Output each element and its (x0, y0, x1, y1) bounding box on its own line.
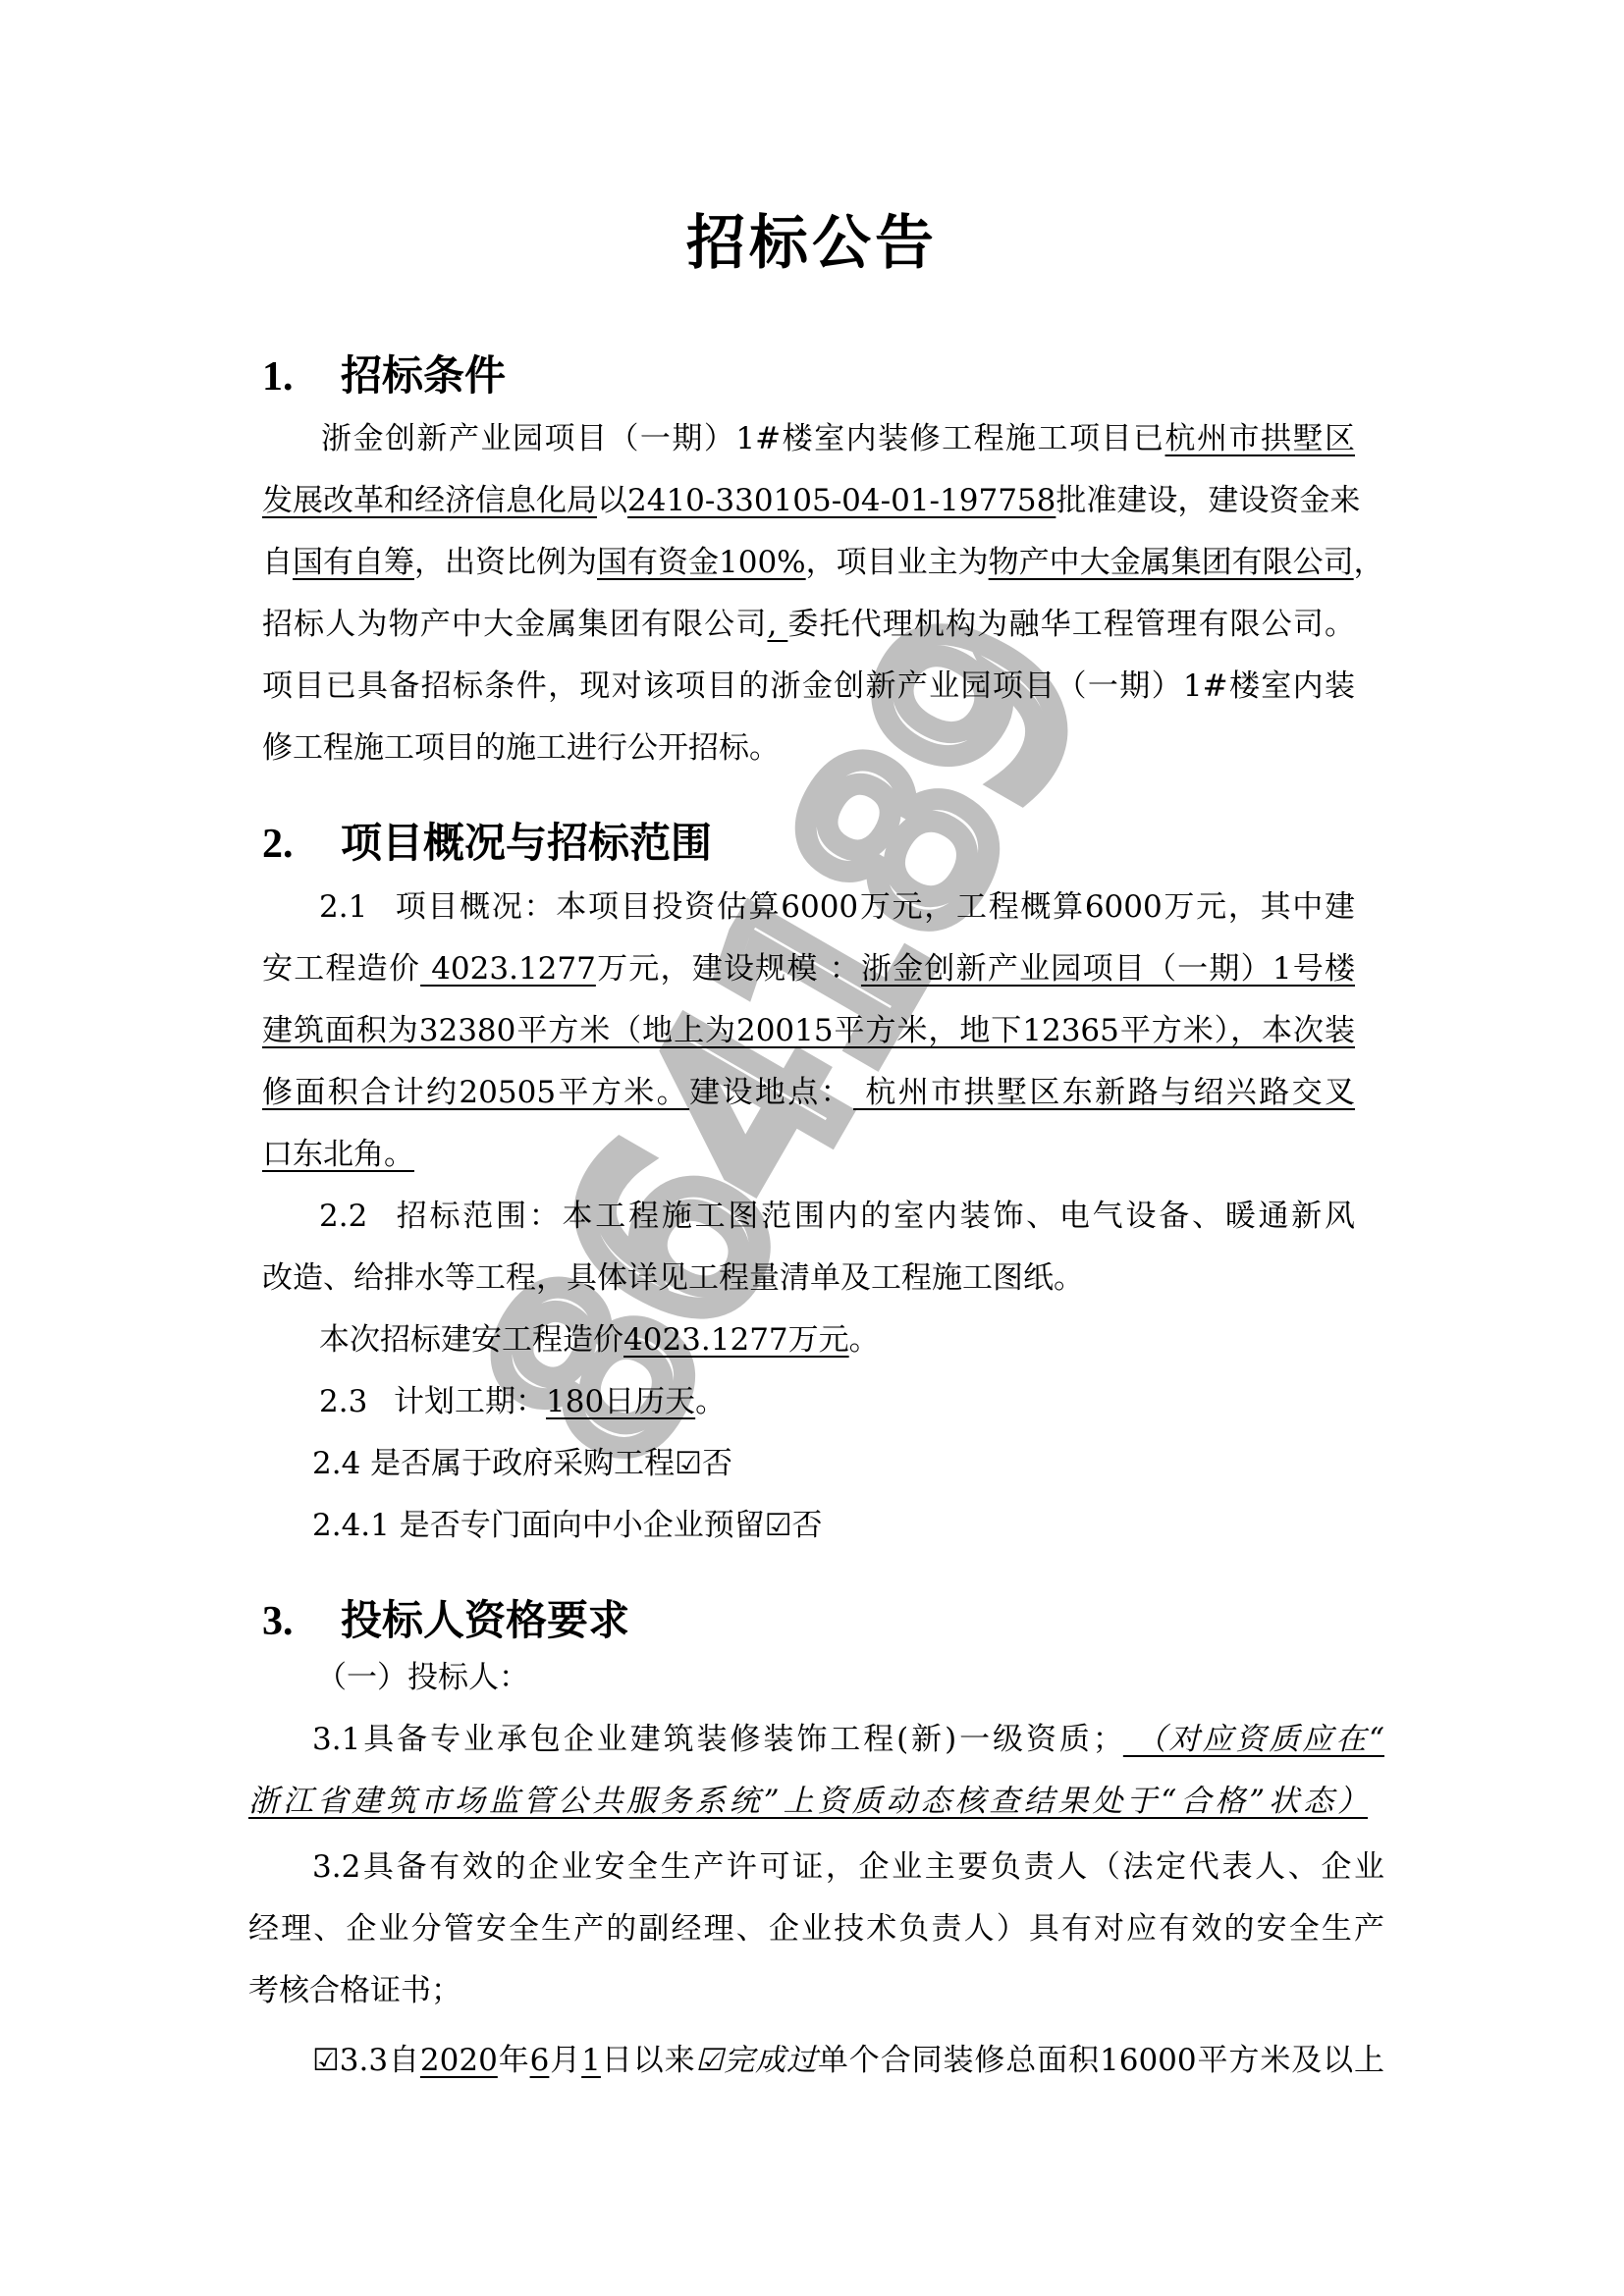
section-heading-2: 2.项目概况与招标范围 (262, 811, 712, 870)
paragraph-line: 修面积合计约20505平方米。建设地点： 杭州市拱墅区东新路与绍兴路交叉 (262, 1073, 1355, 1112)
text: 日以来 (601, 2043, 696, 2078)
text: 招标范围：本工程施工图范围内的室内装饰、电气设备、暖通新风 (394, 1199, 1355, 1234)
subheading: （一）投标人： (316, 1660, 529, 1695)
clause-number: 2.3 (319, 1382, 394, 1421)
paragraph-line: 2.1项目概况：本项目投资估算6000万元，工程概算6000万元，其中建 (319, 887, 1355, 927)
paragraph-line: ☑3.3自2020年6月1日以来☑完成过单个合同装修总面积16000平方米及以上 (312, 2041, 1384, 2080)
section-title: 项目概况与招标范围 (341, 819, 712, 867)
section-number: 1. (262, 353, 341, 400)
paragraph-line: 建筑面积为32380平方米（地上为20015平方米，地下12365平方米），本次… (262, 1011, 1355, 1050)
text: 。 (695, 1384, 726, 1419)
construction-scale: 修面积合计约20505平方米。 (262, 1075, 689, 1110)
section-heading-1: 1.招标条件 (262, 344, 506, 402)
text: 3.2具备有效的企业安全生产许可证，企业主要负责人（法定代表人、企业 (312, 1849, 1384, 1885)
text: ，项目业主为 (806, 545, 989, 580)
text: 项目概况：本项目投资估算6000万元，工程概算6000万元，其中建 (394, 889, 1355, 925)
construction-scale: 浙金创新产业园项目（一期）1号楼 (861, 951, 1355, 987)
paragraph-line: 2.4 是否属于政府采购工程☑否 (312, 1444, 732, 1483)
text: 。 (849, 1322, 880, 1358)
completed-option: ☑完成过 (696, 2043, 818, 2078)
text: 计划工期： (394, 1384, 546, 1419)
text: 万元，建设规模 ： (596, 951, 861, 987)
agency: 委托代理机构为融华工程管理有限公司。 (787, 607, 1355, 642)
project-owner: 物产中大金属集团有限公司 (989, 545, 1354, 580)
paragraph-line: 改造、给排水等工程，具体详见工程量清单及工程施工图纸。 (262, 1258, 1355, 1298)
paragraph-line: 发展改革和经济信息化局以2410-330105-04-01-197758批准建设… (262, 481, 1355, 520)
qualification-note: （对应资质应在“ (1123, 1722, 1384, 1757)
text: 3.1具备专业承包企业建筑装修装饰工程(新)一级资质； (312, 1722, 1123, 1757)
paragraph-line: 浙江省建筑市场监管公共服务系统”上资质动态核查结果处于“合格”状态） (248, 1782, 1368, 1821)
paragraph-line: 自国有自筹，出资比例为国有资金100%，项目业主为物产中大金属集团有限公司， (262, 543, 1355, 582)
paragraph-line: 修工程施工项目的施工进行公开招标。 (262, 728, 1355, 768)
paragraph-line: 项目已具备招标条件，现对该项目的浙金创新产业园项目（一期）1#楼室内装 (262, 667, 1355, 706)
section-number: 2. (262, 821, 341, 868)
paragraph-line: 3.2具备有效的企业安全生产许可证，企业主要负责人（法定代表人、企业 (312, 1847, 1384, 1887)
text: 本次招标建安工程造价 (319, 1322, 623, 1358)
paragraph-line: 考核合格证书； (248, 1971, 461, 2010)
text: ， (1354, 545, 1384, 580)
text: 否 (702, 1446, 732, 1481)
text: 自 (262, 545, 293, 580)
tenderer: 招标人为物产中大金属集团有限公司 (262, 607, 767, 642)
text: 2.4 是否属于政府采购工程 (312, 1446, 675, 1481)
clause-number: 2.1 (319, 887, 394, 927)
text: 安工程造价 (262, 951, 420, 987)
paragraph-line: 经理、企业分管安全生产的副经理、企业技术负责人）具有对应有效的安全生产 (248, 1909, 1384, 1949)
clause-number: 2.2 (319, 1197, 394, 1236)
paragraph-line: 2.2招标范围：本工程施工图范围内的室内装饰、电气设备、暖通新风 (319, 1197, 1355, 1236)
text: ，出资比例为 (414, 545, 597, 580)
construction-scale: 建筑面积为32380平方米（地上为20015平方米，地下12365平方米），本次… (262, 1013, 1355, 1048)
text: 3.3自 (340, 2043, 420, 2078)
paragraph-line: 2.3计划工期：180日历天。 (319, 1382, 726, 1421)
paragraph-line: 安工程造价 4023.1277万元，建设规模 ：浙金创新产业园项目（一期）1号楼 (262, 949, 1355, 988)
text: 经理、企业分管安全生产的副经理、企业技术负责人）具有对应有效的安全生产 (248, 1911, 1384, 1947)
text: 2.4.1 是否专门面向中小企业预留 (312, 1508, 765, 1543)
section-title: 投标人资格要求 (341, 1596, 629, 1644)
document-page: 864189 招标公告 1.招标条件 浙金创新产业园项目（一期）1#楼室内装修工… (0, 0, 1624, 2296)
section-number: 3. (262, 1598, 341, 1645)
text: 改造、给排水等工程，具体详见工程量清单及工程施工图纸。 (262, 1260, 1084, 1296)
checkbox-checked-icon[interactable]: ☑ (675, 1446, 702, 1481)
year-field: 2020 (420, 2043, 498, 2078)
fund-ratio: 国有资金100% (597, 545, 806, 580)
text: 以 (597, 483, 627, 518)
construction-location: 杭州市拱墅区东新路与绍兴路交叉 (853, 1075, 1355, 1110)
text: 考核合格证书； (248, 1973, 461, 2008)
section-heading-3: 3.投标人资格要求 (262, 1588, 629, 1647)
checkbox-checked-icon[interactable]: ☑ (312, 2043, 340, 2078)
approval-number: 2410-330105-04-01-197758 (627, 483, 1056, 518)
text: 项目已具备招标条件，现对该项目的浙金创新产业园项目（一期）1#楼室内装 (262, 668, 1355, 704)
text: 否 (792, 1508, 823, 1543)
paragraph-line: 2.4.1 是否专门面向中小企业预留☑否 (312, 1506, 823, 1545)
checkbox-checked-icon[interactable]: ☑ (765, 1508, 792, 1543)
construction-cost: 4023.1277 (420, 951, 596, 987)
construction-period: 180日历天 (546, 1384, 695, 1419)
paragraph-line: 3.1具备专业承包企业建筑装修装饰工程(新)一级资质； （对应资质应在“ (312, 1720, 1384, 1759)
construction-location: 口东北角。 (262, 1137, 414, 1172)
paragraph-line: （一）投标人： (316, 1658, 529, 1697)
approval-authority: 杭州市拱墅区 (1165, 421, 1355, 456)
qualification-note: 浙江省建筑市场监管公共服务系统”上资质动态核查结果处于“合格”状态） (248, 1784, 1368, 1819)
text: 单个合同装修总面积16000平方米及以上 (818, 2043, 1384, 2078)
tender-cost: 4023.1277万元 (623, 1322, 849, 1358)
text: 月 (549, 2043, 581, 2078)
approval-authority: 发展改革和经济信息化局 (262, 483, 597, 518)
text: 浙金创新产业园项目（一期）1#楼室内装修工程施工项目已 (321, 421, 1165, 456)
day-field: 1 (581, 2043, 601, 2078)
page-title: 招标公告 (0, 196, 1624, 281)
fund-source: 国有自筹 (293, 545, 414, 580)
paragraph-line: 浙金创新产业园项目（一期）1#楼室内装修工程施工项目已杭州市拱墅区 (321, 419, 1355, 458)
paragraph-line: 招标人为物产中大金属集团有限公司, 委托代理机构为融华工程管理有限公司。 (262, 605, 1355, 644)
text: , (767, 607, 787, 642)
paragraph-line: 口东北角。 (262, 1135, 1355, 1174)
month-field: 6 (530, 2043, 550, 2078)
text: 年 (498, 2043, 530, 2078)
section-title: 招标条件 (341, 351, 506, 400)
text: 建设地点： (689, 1075, 853, 1110)
paragraph-line: 本次招标建安工程造价4023.1277万元。 (319, 1320, 880, 1360)
text: 修工程施工项目的施工进行公开招标。 (262, 730, 780, 766)
text: 批准建设，建设资金来 (1056, 483, 1360, 518)
